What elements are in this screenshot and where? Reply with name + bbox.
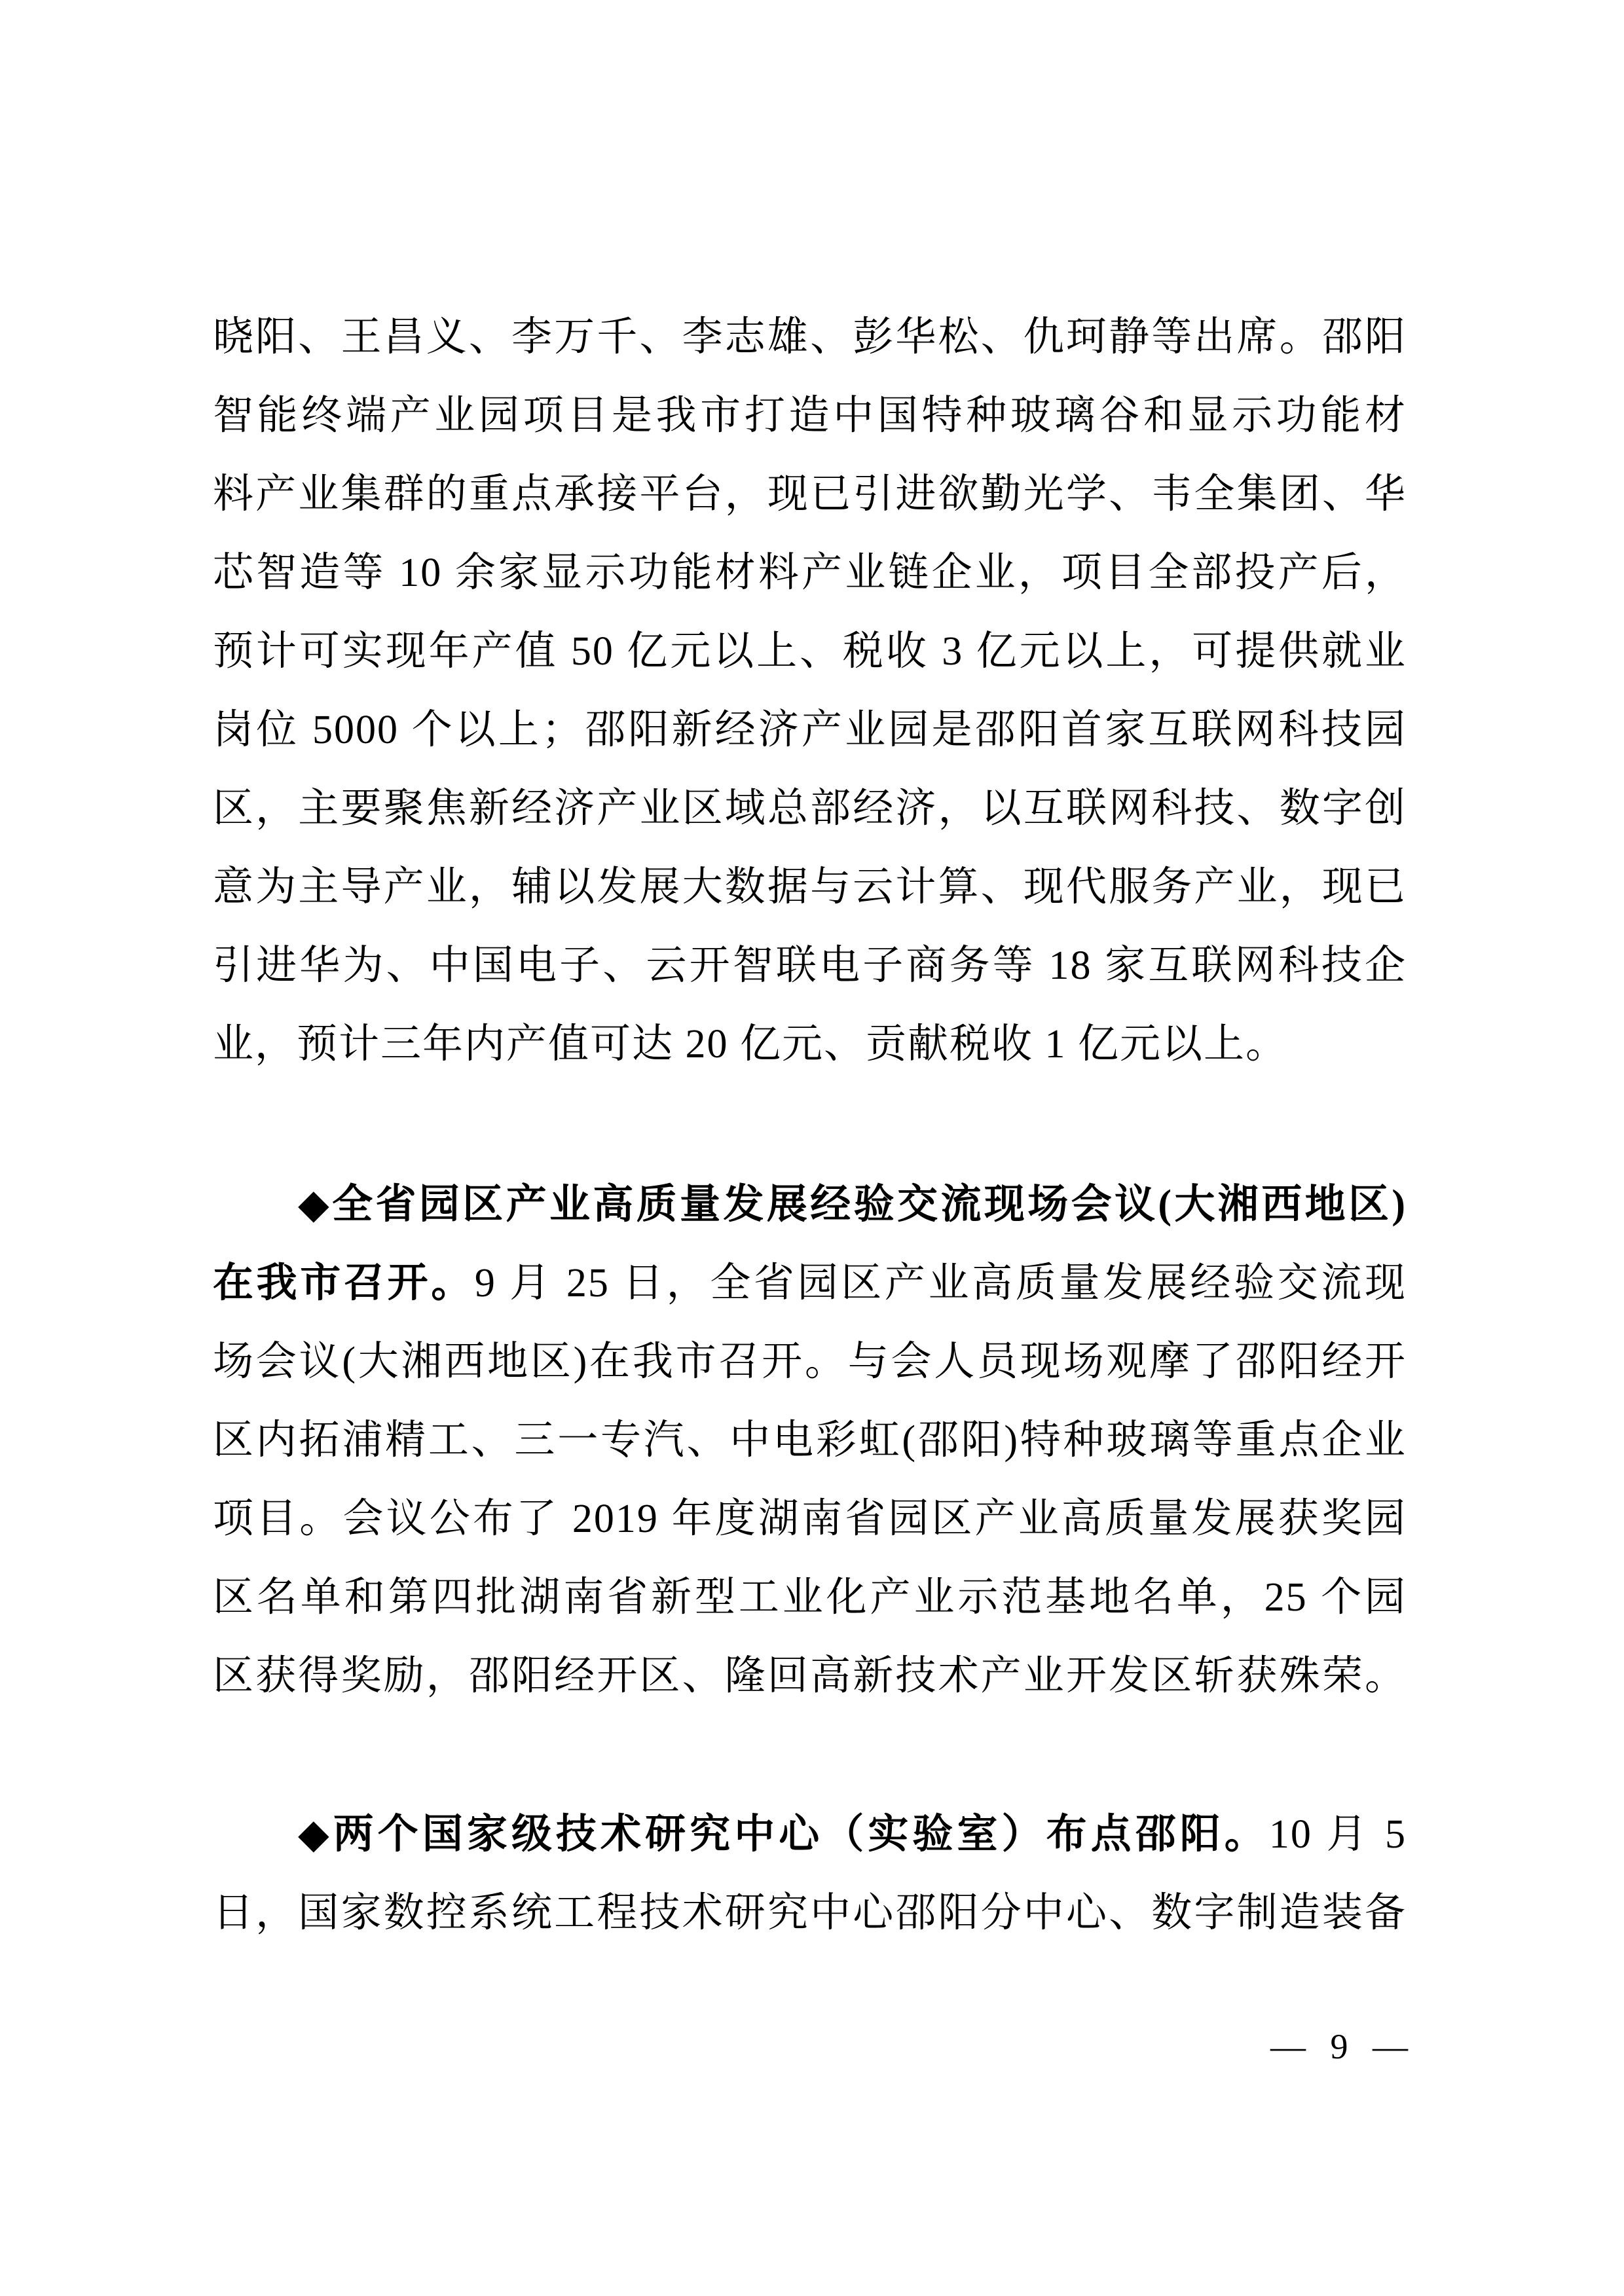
text-line: 在我市召开。9 月 25 日，全省园区产业高质量发展经验交流现 xyxy=(213,1244,1407,1322)
bold-heading-text: ◆两个国家级技术研究中心（实验室）布点邵阳。 xyxy=(298,1812,1269,1857)
paragraph-3: ◆两个国家级技术研究中心（实验室）布点邵阳。10 月 5 日，国家数控系统工程技… xyxy=(213,1795,1407,1952)
text-line-heading: ◆两个国家级技术研究中心（实验室）布点邵阳。10 月 5 xyxy=(213,1795,1407,1874)
text-line: 项目。会议公布了 2019 年度湖南省园区产业高质量发展获奖园 xyxy=(213,1480,1407,1558)
text-line: 日，国家数控系统工程技术研究中心邵阳分中心、数字制造装备 xyxy=(213,1874,1407,1952)
text-line: 场会议(大湘西地区)在我市召开。与会人员现场观摩了邵阳经开 xyxy=(213,1322,1407,1401)
text-line-heading: ◆全省园区产业高质量发展经验交流现场会议(大湘西地区) xyxy=(213,1165,1407,1244)
bold-heading-text: 在我市召开。 xyxy=(213,1261,475,1305)
text-line: 芯智造等 10 余家显示功能材料产业链企业，项目全部投产后， xyxy=(213,534,1407,612)
text-line: 区，主要聚焦新经济产业区域总部经济，以互联网科技、数字创 xyxy=(213,769,1407,848)
text-line: 岗位 5000 个以上；邵阳新经济产业园是邵阳首家互联网科技园 xyxy=(213,691,1407,769)
paragraph-1: 晓阳、王昌义、李万千、李志雄、彭华松、仇珂静等出席。邵阳 智能终端产业园项目是我… xyxy=(213,298,1407,1084)
bold-heading-text: ◆全省园区产业高质量发展经验交流现场会议(大湘西地区) xyxy=(298,1182,1407,1227)
page-footer: — 9 — xyxy=(1270,2027,1416,2066)
document-page: 晓阳、王昌义、李万千、李志雄、彭华松、仇珂静等出席。邵阳 智能终端产业园项目是我… xyxy=(0,0,1624,2296)
text-line: 晓阳、王昌义、李万千、李志雄、彭华松、仇珂静等出席。邵阳 xyxy=(213,298,1407,376)
body-text-run: 10 月 5 xyxy=(1269,1812,1407,1857)
text-line: 意为主导产业，辅以发展大数据与云计算、现代服务产业，现已 xyxy=(213,848,1407,926)
text-line: 业，预计三年内产值可达 20 亿元、贡献税收 1 亿元以上。 xyxy=(213,1005,1407,1084)
page-number: — 9 — xyxy=(1270,2027,1416,2066)
text-line: 智能终端产业园项目是我市打造中国特种玻璃谷和显示功能材 xyxy=(213,376,1407,455)
body-text-run: 9 月 25 日，全省园区产业高质量发展经验交流现 xyxy=(475,1261,1407,1305)
text-line: 区内拓浦精工、三一专汽、中电彩虹(邵阳)特种玻璃等重点企业 xyxy=(213,1401,1407,1480)
text-line: 引进华为、中国电子、云开智联电子商务等 18 家互联网科技企 xyxy=(213,926,1407,1005)
paragraph-2: ◆全省园区产业高质量发展经验交流现场会议(大湘西地区) 在我市召开。9 月 25… xyxy=(213,1165,1407,1715)
text-line: 区名单和第四批湖南省新型工业化产业示范基地名单，25 个园 xyxy=(213,1558,1407,1637)
text-line: 预计可实现年产值 50 亿元以上、税收 3 亿元以上，可提供就业 xyxy=(213,612,1407,691)
page-body: 晓阳、王昌义、李万千、李志雄、彭华松、仇珂静等出席。邵阳 智能终端产业园项目是我… xyxy=(213,298,1407,1952)
text-line: 区获得奖励，邵阳经开区、隆回高新技术产业开发区斩获殊荣。 xyxy=(213,1637,1407,1715)
text-line: 料产业集群的重点承接平台，现已引进欲勤光学、韦全集团、华 xyxy=(213,455,1407,534)
